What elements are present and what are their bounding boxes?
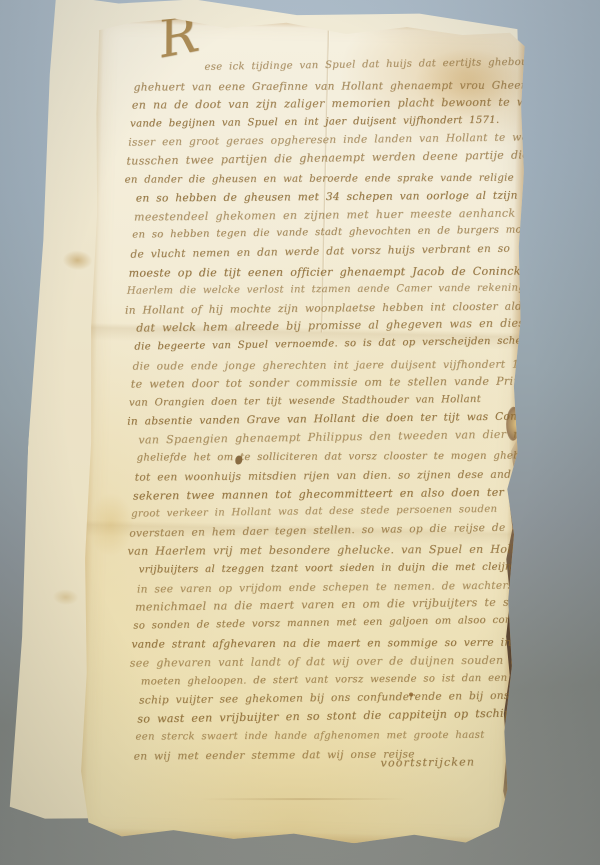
under-sheet-stain (52, 589, 79, 606)
manuscript-page: R ese ick tijdinge van Spuel dat huijs d… (79, 15, 528, 847)
manuscript-line: ese ick tijdinge van Spuel dat huijs dat… (204, 54, 516, 77)
manuscript-text-block: ese ick tijdinge van Spuel dat huijs dat… (118, 56, 524, 820)
under-sheet-stain (61, 249, 92, 271)
closing-word: voortstrijcken (380, 755, 475, 769)
